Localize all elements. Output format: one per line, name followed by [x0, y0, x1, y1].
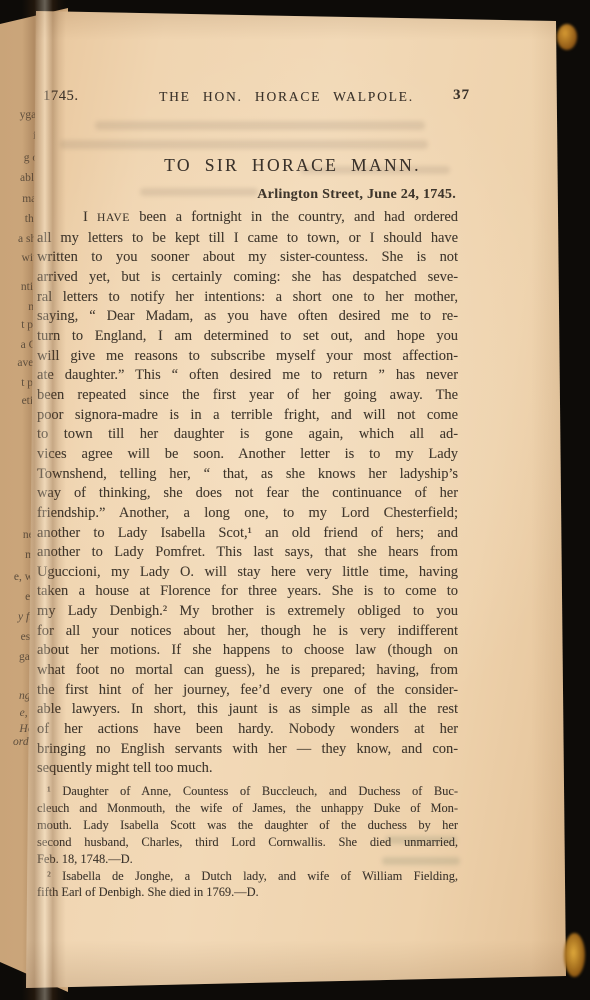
text-line: cleuch and Monmouth, the wife of James, … [37, 800, 458, 817]
text-line: poor signora-madre is in a terrible frig… [37, 406, 458, 426]
text-line: able lawyers. In short, this jaunt is as… [37, 700, 458, 720]
text-line: to town till her daughter is gone again,… [37, 425, 458, 445]
text-line: Feb. 18, 1748.—D. [37, 851, 458, 868]
show-through-smudge [60, 140, 428, 149]
text-line: bringing no English servants with her — … [37, 740, 458, 760]
gilt-ornament-bottom [564, 933, 585, 977]
page-number: 37 [453, 87, 470, 104]
opening-rest: been a fortnight in the country, and had… [139, 209, 458, 225]
show-through-smudge [95, 121, 425, 130]
letter-body: I HAVE been a fortnight in the country, … [37, 208, 458, 779]
text-line: friendship.” Another, a long one, to my … [37, 504, 458, 524]
text-line: saying, “ Dear Madam, as you have often … [37, 307, 458, 327]
text-line: my Lady Denbigh.² My brother is extremel… [37, 602, 458, 622]
footnote-1: ¹ Daughter of Anne, Countess of Buccleuc… [37, 783, 458, 868]
text-line: another to Lady Isabella Scot,¹ an old f… [37, 524, 458, 544]
running-header: 1745. THE HON. HORACE WALPOLE. 37 [37, 86, 458, 110]
running-title: THE HON. HORACE WALPOLE. [76, 89, 497, 105]
dateline: Arlington Street, June 24, 1745. [257, 186, 456, 204]
footnotes: ¹ Daughter of Anne, Countess of Buccleuc… [37, 783, 458, 901]
text-line: Uguccioni, my Lady O. will stay here ver… [37, 563, 458, 583]
opening-pronoun: I [83, 209, 88, 225]
text-line: the first hint of her journey, fee’d eve… [37, 681, 458, 701]
letter-title: TO SIR HORACE MANN. [82, 154, 503, 176]
text-line: for all your notices about her, though h… [37, 622, 458, 642]
body-line-1: I HAVE been a fortnight in the country, … [37, 208, 458, 229]
gutter-fold [22, 0, 66, 1000]
text-line: written to you sooner about my sister-co… [37, 248, 458, 268]
text-line: fifth Earl of Denbigh. She died in 1769.… [37, 884, 458, 901]
text-line: Townshend, telling her, “ that, as she k… [37, 465, 458, 485]
text-line: about her motions. If she happens to cho… [37, 641, 458, 661]
text-line: ¹ Daughter of Anne, Countess of Buccleuc… [37, 783, 458, 800]
show-through-smudge [140, 188, 258, 196]
text-line: way of thinking, she does not fear the c… [37, 484, 458, 504]
text-line: taken a house at Florence for three year… [37, 582, 458, 602]
gilt-ornament-top [557, 24, 577, 50]
text-line: been repeated since the first year of he… [37, 386, 458, 406]
footnote-2: ² Isabella de Jonghe, a Dutch lady, and … [37, 868, 458, 902]
text-line: ² Isabella de Jonghe, a Dutch lady, and … [37, 868, 458, 885]
text-line: vices agree will be soon. Another letter… [37, 445, 458, 465]
text-line: turn to England, I am determined to set … [37, 327, 458, 347]
text-line: of her actions have been hardy. Nobody w… [37, 720, 458, 740]
text-line: another to Lady Pomfret. This last says,… [37, 543, 458, 563]
text-line: ral letters to notify her intentions: a … [37, 288, 458, 308]
text-line: second husband, Charles, third Lord Corn… [37, 834, 458, 851]
text-line: all my letters to be kept till I came to… [37, 229, 458, 249]
text-line: sequently might tell too much. [37, 759, 458, 779]
text-line: what foot no mortal can guess), he is pr… [37, 661, 458, 681]
text-line: ate daughter.” This “ often desired me t… [37, 366, 458, 386]
text-line: arrived yet, but is certainly coming: sh… [37, 268, 458, 288]
page-content: 1745. THE HON. HORACE WALPOLE. 37 TO SIR… [37, 86, 458, 110]
opening-smallcaps: HAVE [97, 212, 130, 224]
text-line: will give me reasons to subscribe myself… [37, 347, 458, 367]
text-line: mouth. Lady Isabella Scott was the daugh… [37, 817, 458, 834]
